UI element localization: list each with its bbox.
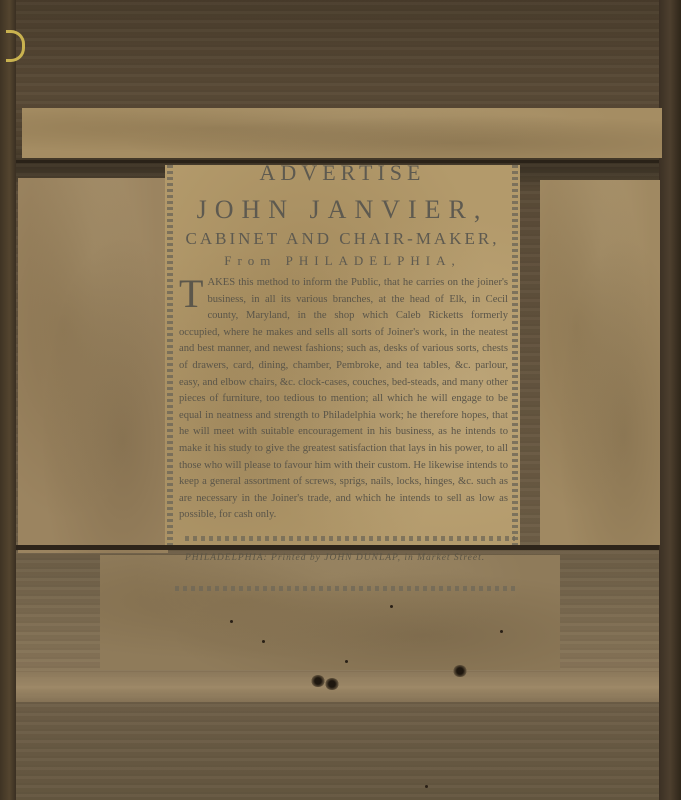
wormhole [500,630,503,633]
ornamental-border-imprint [175,586,515,591]
wormhole [345,660,348,663]
label-heading-advertisement: ADVERTISE [165,160,520,186]
paper-remnant-right [540,180,660,545]
wooden-board-photo: ADVERTISE JOHN JANVIER, CABINET AND CHAI… [0,0,681,800]
label-heading-from: From PHILADELPHIA, [165,253,520,269]
drop-cap: T [179,277,203,311]
nail-hole [453,665,467,677]
paper-remnant-left [18,178,168,553]
wormhole [425,785,428,788]
label-body-text: AKES this method to inform the Public, t… [179,277,508,520]
left-frame-edge [0,0,16,800]
nail-hole [311,675,325,687]
wormhole [230,620,233,623]
wormhole [262,640,265,643]
paper-remnant-bottom [100,555,560,670]
tear-crack [16,545,659,550]
paper-remnant-top [22,108,662,158]
printer-imprint: PHILADELPHIA: Printed by JOHN DUNLAP, in… [185,553,525,563]
label-heading-trade: CABINET AND CHAIR-MAKER, [165,229,520,249]
trade-label: ADVERTISE JOHN JANVIER, CABINET AND CHAI… [165,165,520,545]
brass-hook-icon [6,30,25,62]
ornamental-border-bottom [185,536,515,541]
label-heading-name: JOHN JANVIER, [165,195,520,225]
label-body: TAKES this method to inform the Public, … [179,275,508,524]
nail-hole [325,678,339,690]
right-frame-edge [659,0,681,800]
wormhole [390,605,393,608]
